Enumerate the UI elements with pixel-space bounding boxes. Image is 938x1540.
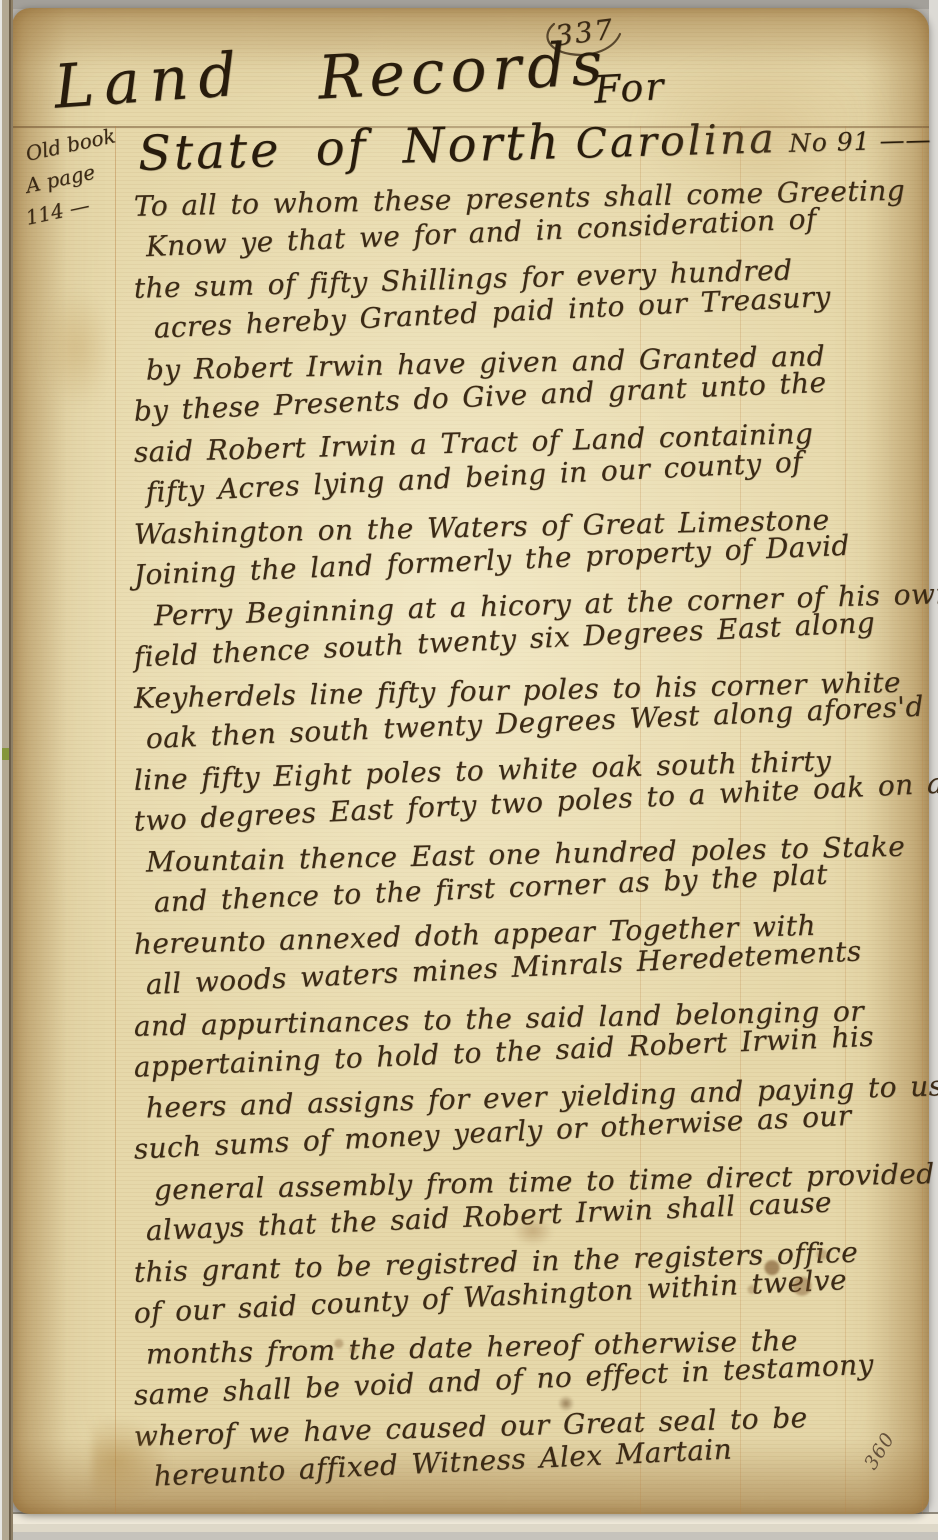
document-heading: State of NorthCarolinaNo 91 —— xyxy=(137,104,932,182)
column-ruled-line xyxy=(922,126,923,1514)
margin-note: Old book A page 114 — xyxy=(26,138,138,234)
book-binding-edge xyxy=(0,0,13,1540)
margin-ruled-line xyxy=(115,126,116,1514)
next-page-edge xyxy=(0,1512,938,1540)
scanned-document: 337 Land Records For Old book A page 114… xyxy=(0,0,938,1540)
ledger-page: 337 Land Records For Old book A page 114… xyxy=(12,8,929,1514)
heading-carolina: Carolina xyxy=(575,114,777,168)
title-word-records: Records xyxy=(316,28,610,113)
paper-stain xyxy=(42,288,112,408)
manuscript-body: To all to whom these presents shall come… xyxy=(128,186,917,1498)
heading-state: State of North xyxy=(137,114,562,182)
title-word-for: For xyxy=(593,64,667,112)
heading-grant-number: No 91 —— xyxy=(788,125,931,158)
title-word-land: Land xyxy=(52,39,249,122)
